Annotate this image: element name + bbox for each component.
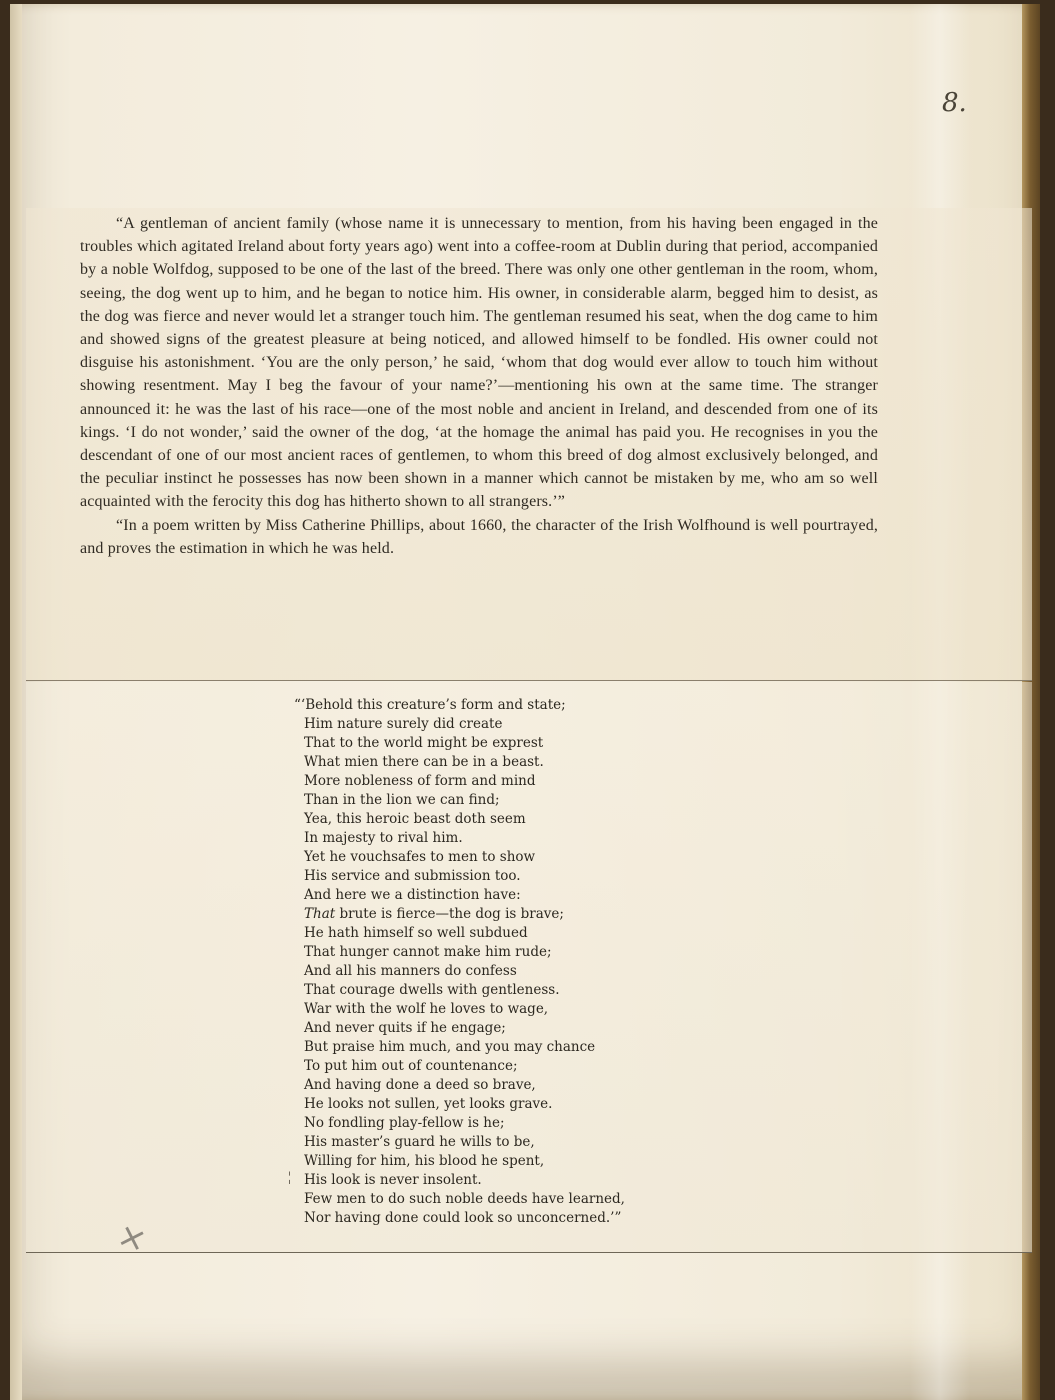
poem: “‘Behold this creature’s form and state;… xyxy=(294,696,654,1228)
poem-line: And never quits if he engage; xyxy=(294,1019,654,1038)
poem-line: And having done a deed so brave, xyxy=(294,1076,654,1095)
poem-line: In majesty to rival him. xyxy=(294,829,654,848)
poem-line: That brute is fierce—the dog is brave; xyxy=(294,905,654,924)
poem-line: “‘Behold this creature’s form and state; xyxy=(294,696,654,715)
poem-line: Yea, this heroic beast doth seem xyxy=(294,810,654,829)
margin-mark: ¦ xyxy=(288,1170,291,1186)
poem-line: What mien there can be in a beast. xyxy=(294,753,654,772)
poem-line: That to the world might be exprest xyxy=(294,734,654,753)
poem-line: His master’s guard he wills to be, xyxy=(294,1133,654,1152)
poem-line: That courage dwells with gentleness. xyxy=(294,981,654,1000)
poem-line: War with the wolf he loves to wage, xyxy=(294,1000,654,1019)
paragraph-anecdote: “A gentleman of ancient family (whose na… xyxy=(80,212,878,514)
poem-line: Few men to do such noble deeds have lear… xyxy=(294,1190,654,1209)
poem-line: Nor having done could look so unconcerne… xyxy=(294,1209,654,1228)
poem-line: And all his manners do confess xyxy=(294,962,654,981)
poem-line: No fondling play-fellow is he; xyxy=(294,1114,654,1133)
page-gutter xyxy=(10,4,22,1400)
paragraph-poem-intro: “In a poem written by Miss Catherine Phi… xyxy=(80,514,878,560)
poem-line: His look is never insolent. xyxy=(294,1171,654,1190)
poem-line: His service and submission too. xyxy=(294,867,654,886)
poem-line: Him nature surely did create xyxy=(294,715,654,734)
poem-line: He looks not sullen, yet looks grave. xyxy=(294,1095,654,1114)
prose-text: “A gentleman of ancient family (whose na… xyxy=(80,212,878,560)
poem-line: More nobleness of form and mind xyxy=(294,772,654,791)
poem-line: He hath himself so well subdued xyxy=(294,924,654,943)
poem-line: Than in the lion we can find; xyxy=(294,791,654,810)
poem-line: But praise him much, and you may chance xyxy=(294,1038,654,1057)
poem-line: Yet he vouchsafes to men to show xyxy=(294,848,654,867)
page-number: 8. xyxy=(942,88,967,118)
poem-line: That hunger cannot make him rude; xyxy=(294,943,654,962)
poem-line: And here we a distinction have: xyxy=(294,886,654,905)
poem-line: Willing for him, his blood he spent, xyxy=(294,1152,654,1171)
poem-line: To put him out of countenance; xyxy=(294,1057,654,1076)
